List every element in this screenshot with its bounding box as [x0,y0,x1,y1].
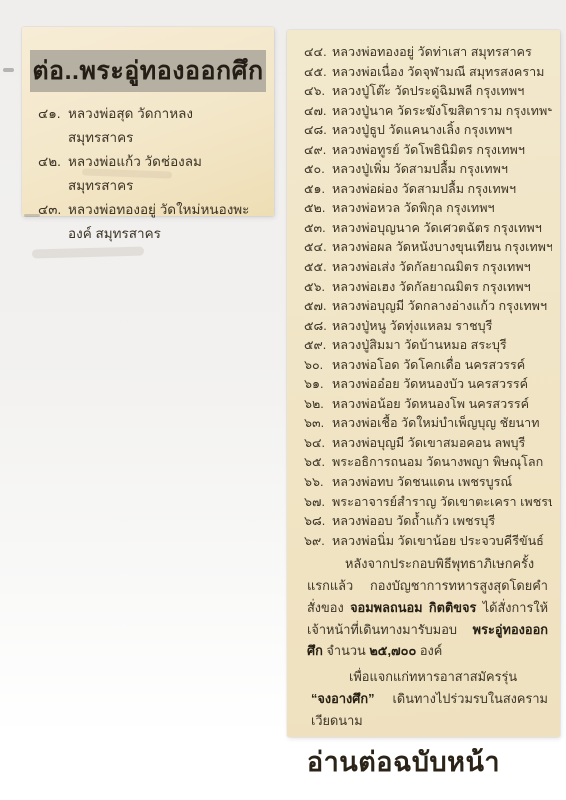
list-item: ๖๑. หลวงพ่ออ๋อย วัดหนองบัว นครสวรรค์ [304,375,552,395]
item-text: หลวงพ่อน้อย วัดหนองโพ นครสวรรค์ [332,397,529,411]
list-item: ๖๗. พระอาจารย์สำราญ วัดเขาตะเครา เพชรบุร… [304,493,552,513]
paragraph-text: จำนวน [323,643,369,658]
item-text: หลวงพ่อเชื้อ วัดใหม่บำเพ็ญบุญ ชัยนาท [332,416,540,430]
item-number: ๖๙. [304,532,325,552]
item-number: ๖๐. [304,356,323,376]
item-number: ๕๒. [304,199,325,219]
item-number: ๕๔. [304,238,327,258]
list-item: ๔๗. หลวงปู่นาค วัดระฆังโฆสิตาราม กรุงเทพ… [304,102,552,122]
item-text: หลวงพ่อผ่อง วัดสามปลื้ม กรุงเทพฯ [332,182,516,196]
list-item: ๖๐. หลวงพ่อโอด วัดโคกเดื่อ นครสวรรค์ [304,356,552,376]
list-item: ๖๒. หลวงพ่อน้อย วัดหนองโพ นครสวรรค์ [304,395,552,415]
item-number: ๔๙. [304,141,326,161]
item-number: ๕๑. [304,180,325,200]
list-item: ๕๔. หลวงพ่อผล วัดหนังบางขุนเทียน กรุงเทพ… [304,238,552,258]
item-number: ๕๕. [304,258,327,278]
item-text: หลวงพ่อเนื่อง วัดจุฬามณี สมุทรสงคราม [332,65,544,79]
bold-unit-name: “จงอางศึก” [311,691,375,706]
right-clipping: ๔๔. หลวงพ่อทองอยู่ วัดท่าเสา สมุทรสาคร ๔… [287,30,560,737]
item-text: หลวงพ่อนิ่ม วัดเขาน้อย ประจวบคีรีขันธ์ [332,534,544,548]
item-text: หลวงพ่อทบ วัดชนแดน เพชรบูรณ์ [332,475,512,489]
item-number: ๔๗. [304,102,327,122]
item-number: ๖๗. [304,493,325,513]
item-text: หลวงพ่อทองอยู่ วัดท่าเสา สมุทรสาคร [332,45,532,59]
item-number: ๖๕. [304,453,325,473]
item-text: หลวงปู่โต๊ะ วัดประดู่ฉิมพลี กรุงเทพฯ [332,84,524,98]
list-item: ๔๓. หลวงพ่อทองอยู่ วัดใหม่หนองพะองค์ สมุ… [38,198,262,246]
paragraph-text: องค์ [416,643,442,658]
item-text: หลวงปู่นาค วัดระฆังโฆสิตาราม กรุงเทพฯ [332,104,552,118]
list-item: ๔๘. หลวงปู่ธูป วัดแคนางเลิ้ง กรุงเทพฯ [304,121,552,141]
list-item: ๕๓. หลวงพ่อบุญนาค วัดเศวตฉัตร กรุงเทพฯ [304,219,552,239]
list-item: ๖๘. หลวงพ่ออบ วัดถ้ำแก้ว เพชรบุรี [304,512,552,532]
list-item: ๖๖. หลวงพ่อทบ วัดชนแดน เพชรบูรณ์ [304,473,552,493]
list-item: ๖๕. พระอธิการถนอม วัดนางพญา พิษณุโลก [304,453,552,473]
item-text: หลวงปู่ธูป วัดแคนางเลิ้ง กรุงเทพฯ [332,123,512,137]
list-item: ๕๑. หลวงพ่อผ่อง วัดสามปลื้ม กรุงเทพฯ [304,180,552,200]
item-number: ๖๖. [304,473,324,493]
item-number: ๔๕. [304,63,327,83]
bold-name: จอมพลถนอม กิตติขจร [350,600,476,615]
list-item: ๖๙. หลวงพ่อนิ่ม วัดเขาน้อย ประจวบคีรีขัน… [304,532,552,552]
item-text: หลวงพ่ออบ วัดถ้ำแก้ว เพชรบุรี [332,514,495,528]
item-number: ๔๑. [38,102,61,126]
scan-artifact [3,68,14,72]
pencil-smudge [32,247,144,259]
list-item: ๖๔. หลวงพ่อบุญมี วัดเขาสมอคอน ลพบุรี [304,434,552,454]
list-item: ๔๔. หลวงพ่อทองอยู่ วัดท่าเสา สมุทรสาคร [304,43,552,63]
item-text: หลวงพ่อทองอยู่ วัดใหม่หนองพะองค์ สมุทรสา… [68,202,249,241]
paragraph-text: เพื่อแจกแก่ทหารอาสาสมัครรุ่น [349,669,517,684]
item-number: ๖๔. [304,434,325,454]
bold-quantity: ๒๕,๗๐๐ [369,643,416,658]
item-text: พระอาจารย์สำราญ วัดเขาตะเครา เพชรบุรี [332,495,552,509]
item-text: หลวงพ่อบุญมี วัดเขาสมอคอน ลพบุรี [332,436,525,450]
item-text: หลวงพ่อผล วัดหนังบางขุนเทียน กรุงเทพฯ [332,240,552,254]
item-text: หลวงพ่อหวล วัดพิกุล กรุงเทพฯ [332,201,495,215]
list-item: ๔๙. หลวงพ่อทูรย์ วัดโพธินิมิตร กรุงเทพฯ [304,141,552,161]
item-text: หลวงพ่อเส่ง วัดกัลยาณมิตร กรุงเทพฯ [332,260,531,274]
list-item: ๔๑. หลวงพ่อสุด วัดกาหลง สมุทรสาคร [38,102,262,150]
item-number: ๔๔. [304,43,327,63]
item-number: ๕๐. [304,160,325,180]
list-item: ๔๕. หลวงพ่อเนื่อง วัดจุฬามณี สมุทรสงคราม [304,63,552,83]
item-text: หลวงพ่อบุญมี วัดกลางอ่างแก้ว กรุงเทพฯ [332,299,547,313]
item-number: ๔๓. [38,198,61,222]
list-item: ๕๙. หลวงปู่สิมมา วัดบ้านหมอ สระบุรี [304,336,552,356]
item-number: ๕๖. [304,278,325,298]
list-item: ๕๒. หลวงพ่อหวล วัดพิกุล กรุงเทพฯ [304,199,552,219]
left-clipping: ต่อ..พระอู่ทองออกศึก ๔๑. หลวงพ่อสุด วัดก… [22,27,274,216]
item-number: ๕๗. [304,297,327,317]
item-text: หลวงพ่ออ๋อย วัดหนองบัว นครสวรรค์ [332,377,528,391]
item-number: ๖๓. [304,414,324,434]
item-number: ๔๖. [304,82,325,102]
paragraph-handover: หลังจากประกอบพิธีพุทธาภิเษกครั้งแรกแล้ว … [307,553,548,662]
item-number: ๖๘. [304,512,325,532]
item-number: ๖๑. [304,375,324,395]
list-item: ๕๖. หลวงพ่อเฮง วัดกัลยาณมิตร กรุงเทพฯ [304,278,552,298]
item-text: หลวงปู่เพิ่ม วัดสามปลื้ม กรุงเทพฯ [332,162,508,176]
paragraph-purpose: เพื่อแจกแก่ทหารอาสาสมัครรุ่น “จงอางศึก” … [311,666,548,731]
monk-list-right: ๔๔. หลวงพ่อทองอยู่ วัดท่าเสา สมุทรสาคร ๔… [304,43,552,551]
item-number: ๖๒. [304,395,324,415]
scan-artifact [24,214,40,217]
clipping-header: ต่อ..พระอู่ทองออกศึก [32,51,263,91]
item-number: ๔๘. [304,121,327,141]
item-number: ๕๘. [304,317,327,337]
item-text: หลวงพ่อบุญนาค วัดเศวตฉัตร กรุงเทพฯ [332,221,542,235]
list-item: ๕๗. หลวงพ่อบุญมี วัดกลางอ่างแก้ว กรุงเทพ… [304,297,552,317]
item-text: หลวงปู่สิมมา วัดบ้านหมอ สระบุรี [332,338,507,352]
item-text: หลวงพ่อเฮง วัดกัลยาณมิตร กรุงเทพฯ [332,280,531,294]
item-text: หลวงพ่อทูรย์ วัดโพธินิมิตร กรุงเทพฯ [332,143,525,157]
list-item: ๕๕. หลวงพ่อเส่ง วัดกัลยาณมิตร กรุงเทพฯ [304,258,552,278]
item-number: ๕๙. [304,336,326,356]
item-number: ๔๒. [38,150,61,174]
item-text: หลวงพ่อโอด วัดโคกเดื่อ นครสวรรค์ [332,358,525,372]
item-text: หลวงปู่หนู วัดทุ่งแหลม ราชบุรี [332,319,492,333]
item-text: หลวงพ่อสุด วัดกาหลง สมุทรสาคร [68,106,193,145]
scanned-page-background: ต่อ..พระอู่ทองออกศึก ๔๑. หลวงพ่อสุด วัดก… [0,0,566,800]
list-item: ๕๘. หลวงปู่หนู วัดทุ่งแหลม ราชบุรี [304,317,552,337]
item-text: พระอธิการถนอม วัดนางพญา พิษณุโลก [332,455,543,469]
item-number: ๕๓. [304,219,326,239]
list-item: ๕๐. หลวงปู่เพิ่ม วัดสามปลื้ม กรุงเทพฯ [304,160,552,180]
header-band: ต่อ..พระอู่ทองออกศึก [30,50,266,92]
list-item: ๖๓. หลวงพ่อเชื้อ วัดใหม่บำเพ็ญบุญ ชัยนาท [304,414,552,434]
read-more-footer: อ่านต่อฉบับหน้า [287,740,560,783]
list-item: ๔๖. หลวงปู่โต๊ะ วัดประดู่ฉิมพลี กรุงเทพฯ [304,82,552,102]
